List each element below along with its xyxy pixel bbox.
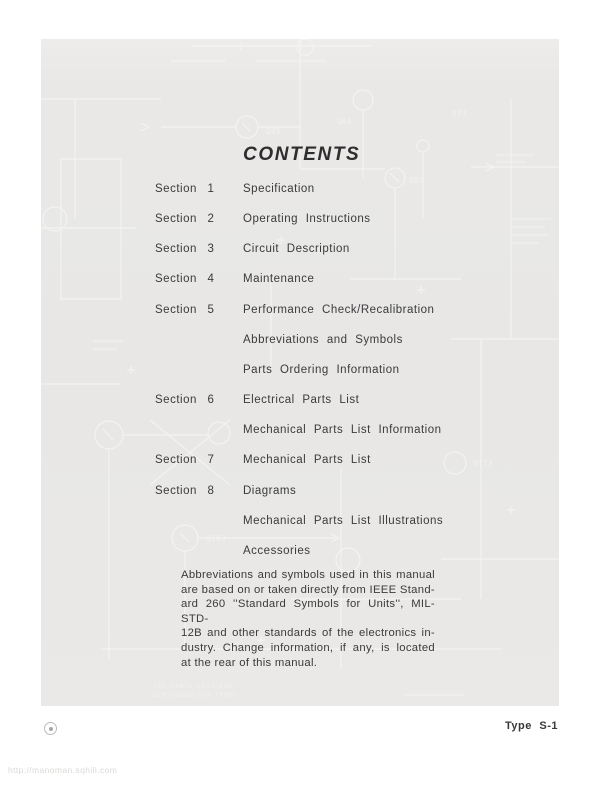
toc-row: Mechanical Parts List Information <box>155 424 515 454</box>
toc-entry-title: Mechanical Parts List <box>243 454 371 466</box>
note-line: dustry. Change information, if any, is l… <box>181 641 435 656</box>
toc-row: Section 4 Maintenance <box>155 273 515 303</box>
toc-row: Section 1 Specification <box>155 183 515 213</box>
toc-section-label: Section 7 <box>155 454 243 466</box>
toc-row: Section 8 Diagrams <box>155 485 515 515</box>
ghost-label: Q64 <box>337 117 352 126</box>
toc-section-label: Section 2 <box>155 213 243 225</box>
scanned-page: Q45 Q64 U73 Q83 Q143 Q173 SEE PARTS LIST… <box>41 39 559 706</box>
ghost-label: Q45 <box>266 127 281 136</box>
toc-row: Section 3 Circuit Description <box>155 243 515 273</box>
table-of-contents: Section 1 Specification Section 2 Operat… <box>155 183 515 575</box>
toc-entry-title: Electrical Parts List <box>243 394 359 406</box>
note-line: are based on or taken directly from IEEE… <box>181 583 435 598</box>
toc-entry-title: Performance Check/Recalibration <box>243 304 434 316</box>
watermark-url: http://manoman.sqhill.com <box>8 765 117 775</box>
toc-entry-title: Parts Ordering Information <box>243 364 400 376</box>
ghost-label: U73 <box>452 109 467 118</box>
note-line: ard 260 ''Standard Symbols for Units'', … <box>181 597 435 626</box>
toc-entry-title: Mechanical Parts List Information <box>243 424 442 436</box>
note-line: 12B and other standards of the electroni… <box>181 626 435 641</box>
toc-section-label: Section 4 <box>155 273 243 285</box>
toc-row: Mechanical Parts List Illustrations <box>155 515 515 545</box>
ghost-caption-line: SEE PARTS LIST FOR <box>153 682 232 690</box>
ghost-caption-line: SEMICONDUCTOR TYPES <box>153 691 237 699</box>
note-line: at the rear of this manual. <box>181 656 435 671</box>
printer-registration-mark <box>44 722 57 735</box>
toc-row: Section 5 Performance Check/Recalibratio… <box>155 304 515 334</box>
note-line: Abbreviations and symbols used in this m… <box>181 568 435 583</box>
registration-dot-icon <box>49 727 53 731</box>
toc-section-label: Section 5 <box>155 304 243 316</box>
toc-entry-title: Abbreviations and Symbols <box>243 334 403 346</box>
toc-entry-title: Diagrams <box>243 485 296 497</box>
toc-section-label: Section 6 <box>155 394 243 406</box>
toc-entry-title: Operating Instructions <box>243 213 371 225</box>
toc-entry-title: Circuit Description <box>243 243 350 255</box>
abbreviations-note: Abbreviations and symbols used in this m… <box>181 568 435 670</box>
toc-entry-title: Specification <box>243 183 315 195</box>
toc-section-label: Section 8 <box>155 485 243 497</box>
document-type-label: Type S-1 <box>505 720 558 732</box>
toc-row: Section 2 Operating Instructions <box>155 213 515 243</box>
toc-entry-title: Mechanical Parts List Illustrations <box>243 515 443 527</box>
page-title: CONTENTS <box>243 144 360 166</box>
toc-entry-title: Maintenance <box>243 273 314 285</box>
toc-section-label: Section 3 <box>155 243 243 255</box>
toc-entry-title: Accessories <box>243 545 311 557</box>
toc-row: Section 7 Mechanical Parts List <box>155 454 515 484</box>
toc-section-label: Section 1 <box>155 183 243 195</box>
toc-row: Parts Ordering Information <box>155 364 515 394</box>
toc-row: Abbreviations and Symbols <box>155 334 515 364</box>
toc-row: Section 6 Electrical Parts List <box>155 394 515 424</box>
scan-canvas: Q45 Q64 U73 Q83 Q143 Q173 SEE PARTS LIST… <box>0 0 600 792</box>
